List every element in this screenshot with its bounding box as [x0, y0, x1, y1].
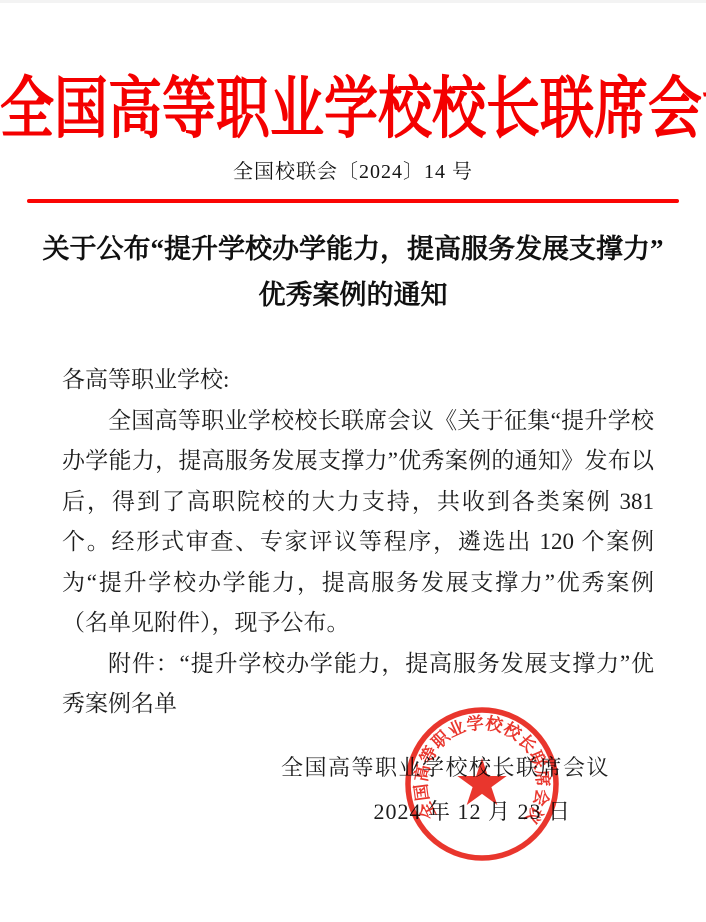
- official-red-seal: 全国高等职业学校校长联席会议: [402, 704, 562, 864]
- attachment-line: 附件：“提升学校办学能力，提高服务发展支撑力”优秀案例名单: [62, 644, 654, 725]
- document-page: 全国高等职业学校校长联席会议 全国校联会〔2024〕14 号 关于公布“提升学校…: [0, 0, 706, 922]
- notice-title-line-2: 优秀案例的通知: [0, 272, 706, 318]
- salutation: 各高等职业学校:: [62, 360, 654, 401]
- document-body: 各高等职业学校: 全国高等职业学校校长联席会议《关于征集“提升学校办学能力，提高…: [62, 360, 654, 725]
- document-number: 全国校联会〔2024〕14 号: [0, 155, 706, 184]
- notice-title-line-1: 关于公布“提升学校办学能力，提高服务发展支撑力”: [0, 226, 706, 272]
- red-divider-rule: [27, 199, 679, 203]
- seal-star-icon: [457, 758, 506, 805]
- page-top-edge: [0, 0, 706, 3]
- notice-title: 关于公布“提升学校办学能力，提高服务发展支撑力” 优秀案例的通知: [0, 226, 706, 318]
- seal-graphic: 全国高等职业学校校长联席会议: [402, 704, 562, 864]
- body-paragraph: 全国高等职业学校校长联席会议《关于征集“提升学校办学能力，提高服务发展支撑力”优…: [62, 401, 654, 644]
- org-title-red-header: 全国高等职业学校校长联席会议: [0, 56, 706, 151]
